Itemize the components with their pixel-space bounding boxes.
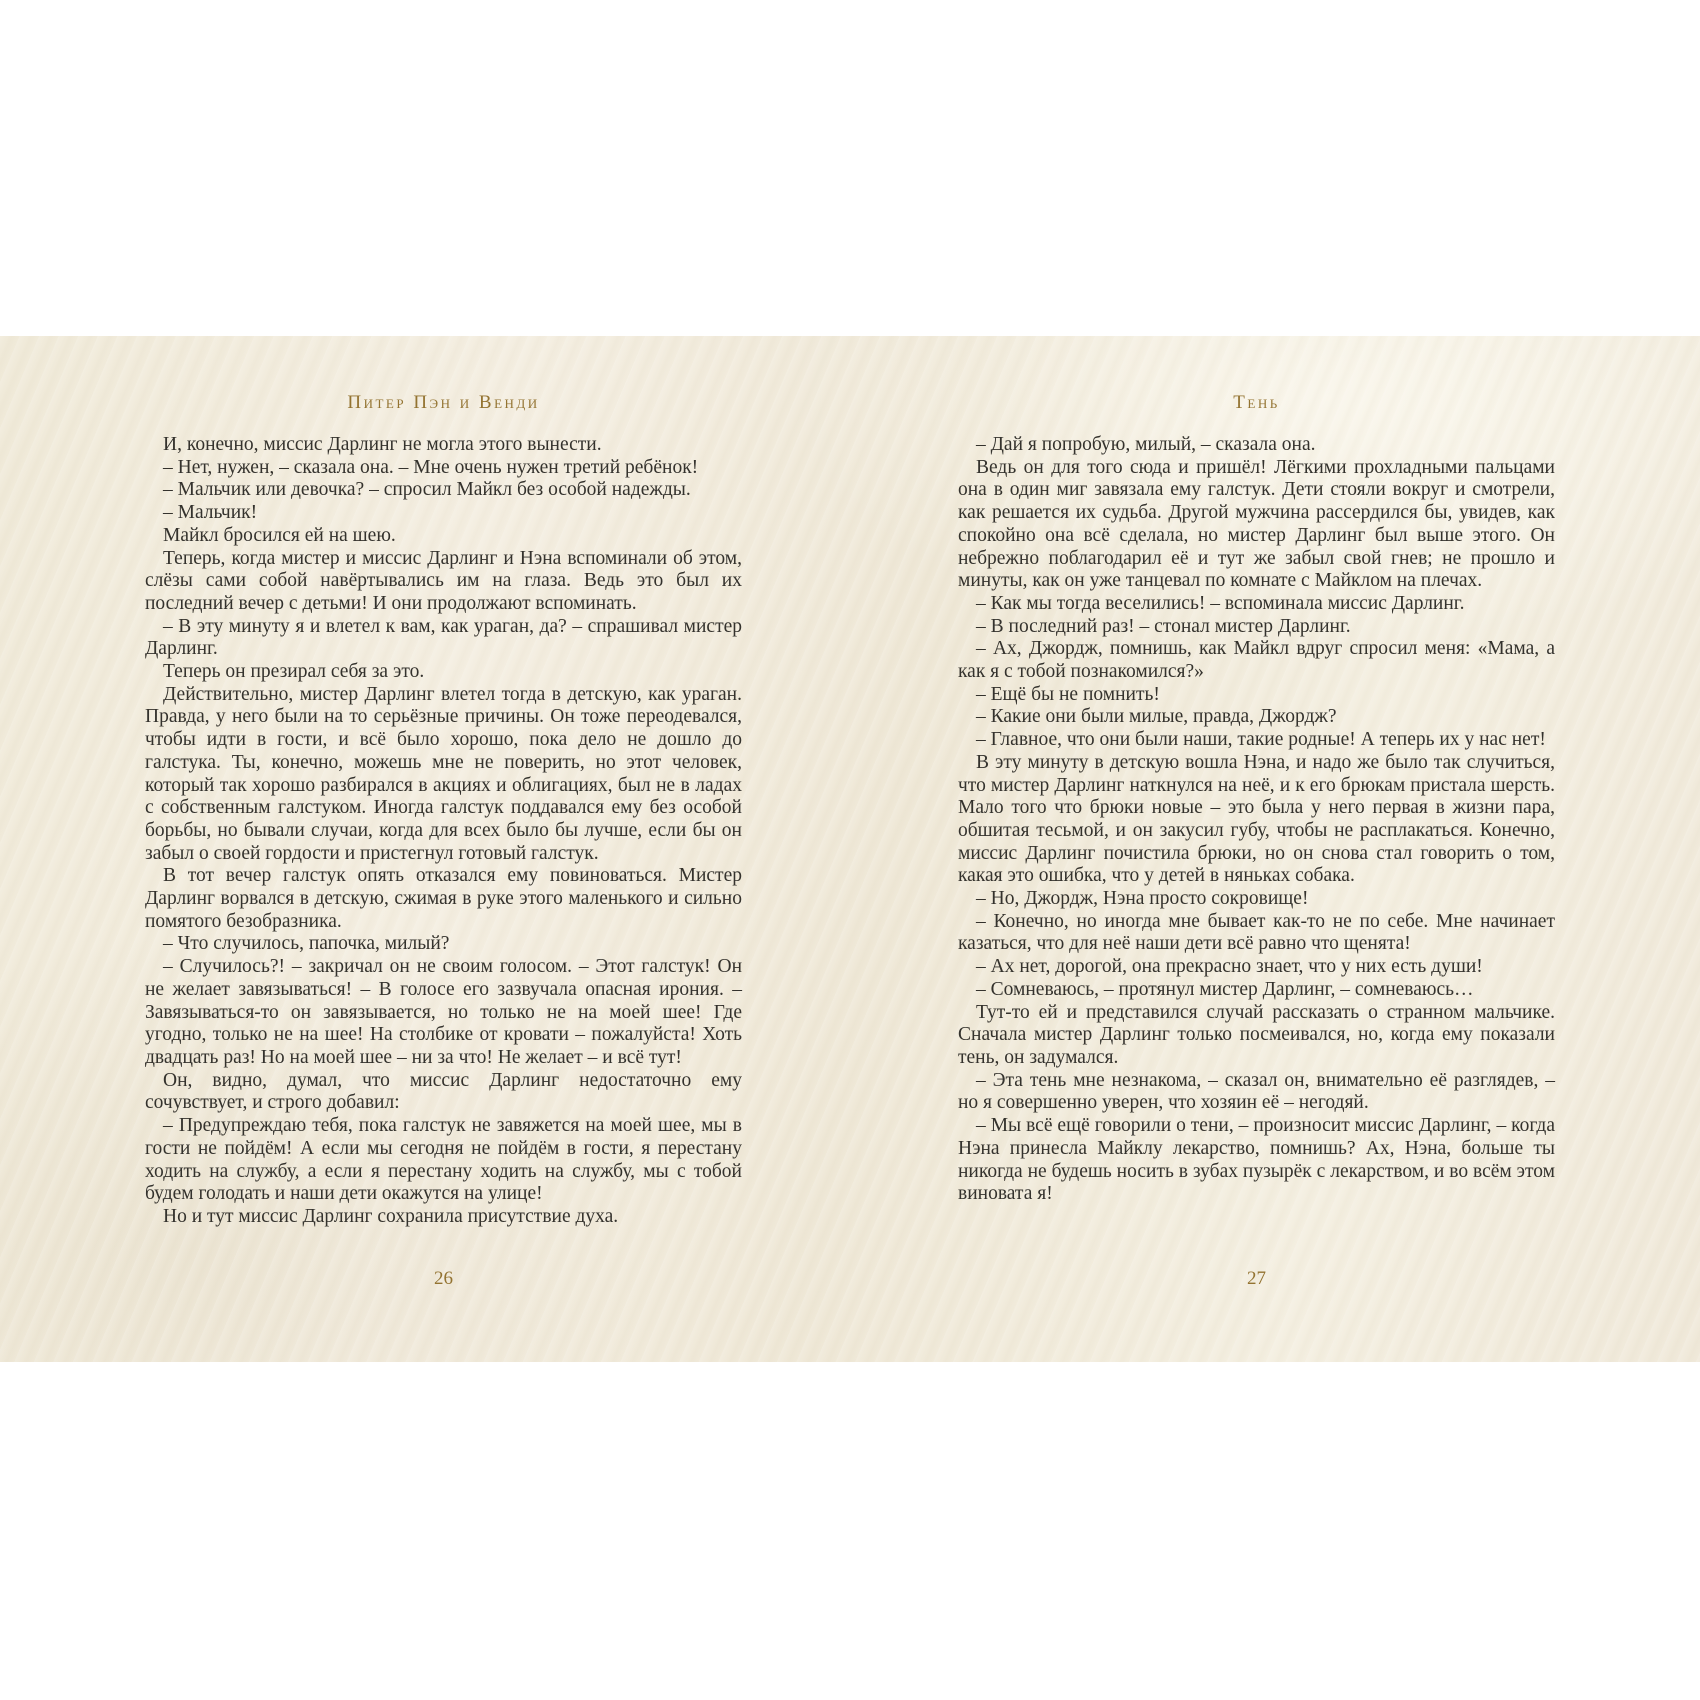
running-head-left: Питер Пэн и Венди — [145, 393, 742, 413]
top-margin-band — [0, 0, 1700, 336]
paragraph: В тот вечер галстук опять отказался ему … — [145, 865, 742, 933]
paragraph: – Мальчик! — [145, 502, 742, 525]
paragraph: – Ах нет, дорогой, она прекрасно знает, … — [958, 956, 1555, 979]
paragraph: – В последний раз! – стонал мистер Дарли… — [958, 616, 1555, 639]
paragraph: Он, видно, думал, что миссис Дарлинг нед… — [145, 1070, 742, 1115]
book-spread: Питер Пэн и Венди И, конечно, миссис Дар… — [0, 336, 1700, 1362]
paragraph: Ведь он для того сюда и пришёл! Лёгкими … — [958, 457, 1555, 593]
page-text-right: – Дай я попробую, милый, – сказала она.В… — [958, 434, 1555, 1206]
paragraph: – Дай я попробую, милый, – сказала она. — [958, 434, 1555, 457]
paragraph: – Но, Джордж, Нэна просто сокровище! — [958, 888, 1555, 911]
paragraph: – Ещё бы не помнить! — [958, 684, 1555, 707]
paragraph: – Нет, нужен, – сказала она. – Мне очень… — [145, 457, 742, 480]
paragraph: Теперь, когда мистер и миссис Дарлинг и … — [145, 548, 742, 616]
paragraph: – Что случилось, папочка, милый? — [145, 933, 742, 956]
paragraph: – Какие они были милые, правда, Джордж? — [958, 706, 1555, 729]
paragraph: Действительно, мистер Дарлинг влетел тог… — [145, 684, 742, 866]
paragraph: – Главное, что они были наши, такие родн… — [958, 729, 1555, 752]
bottom-margin-band — [0, 1362, 1700, 1700]
running-head-right: Тень — [958, 393, 1555, 413]
paragraph: – Ах, Джордж, помнишь, как Майкл вдруг с… — [958, 638, 1555, 683]
paragraph: – Эта тень мне незнакома, – сказал он, в… — [958, 1070, 1555, 1115]
paragraph: Майкл бросился ей на шею. — [145, 525, 742, 548]
paragraph: – Как мы тогда веселились! – вспоминала … — [958, 593, 1555, 616]
right-page: Тень – Дай я попробую, милый, – сказала … — [958, 336, 1555, 1362]
paragraph: В эту минуту в детскую вошла Нэна, и над… — [958, 752, 1555, 888]
paragraph: Тут-то ей и представился случай рассказа… — [958, 1002, 1555, 1070]
paragraph: – Сомневаюсь, – протянул мистер Дарлинг,… — [958, 979, 1555, 1002]
paragraph: – Мы всё ещё говорили о тени, – произнос… — [958, 1115, 1555, 1206]
paragraph: – Конечно, но иногда мне бывает как-то н… — [958, 911, 1555, 956]
left-page: Питер Пэн и Венди И, конечно, миссис Дар… — [145, 336, 742, 1362]
paragraph: – Мальчик или девочка? – спросил Майкл б… — [145, 479, 742, 502]
paragraph: – В эту минуту я и влетел к вам, как ура… — [145, 616, 742, 661]
paragraph: – Предупреждаю тебя, пока галстук не зав… — [145, 1115, 742, 1206]
paragraph: – Случилось?! – закричал он не своим гол… — [145, 956, 742, 1070]
page-text-left: И, конечно, миссис Дарлинг не могла этог… — [145, 434, 742, 1229]
paragraph: Но и тут миссис Дарлинг сохранила присут… — [145, 1206, 742, 1229]
page-number-right: 27 — [958, 1268, 1555, 1290]
page-number-left: 26 — [145, 1268, 742, 1290]
paragraph: Теперь он презирал себя за это. — [145, 661, 742, 684]
paragraph: И, конечно, миссис Дарлинг не могла этог… — [145, 434, 742, 457]
